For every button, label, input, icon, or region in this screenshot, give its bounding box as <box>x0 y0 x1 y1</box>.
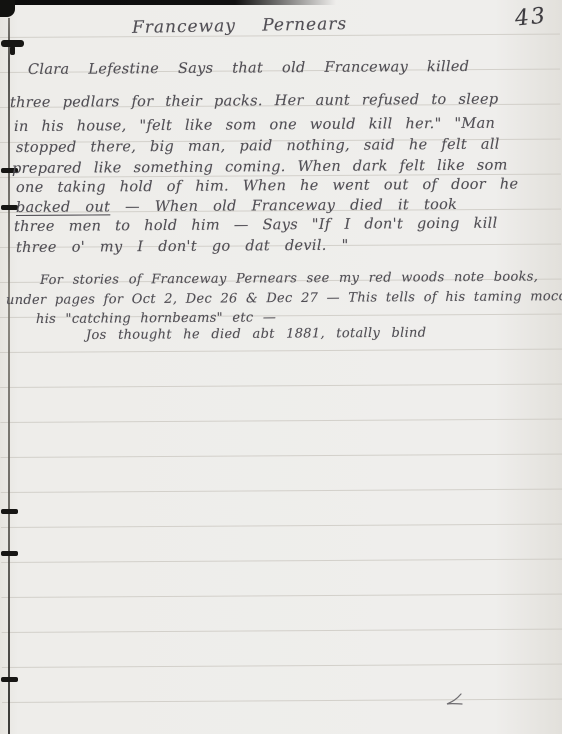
binding-staple-icon <box>1 677 18 682</box>
manuscript-line: three o' my I don't go dat devil. " <box>16 238 349 256</box>
page-number: 43 <box>514 3 548 31</box>
manuscript-line: Clara Lefestine Says that old Franceway … <box>28 59 469 78</box>
underlined-phrase: backed out <box>16 199 110 216</box>
line-text: — When old Franceway died it took <box>110 197 457 215</box>
scan-edge-shadow-top <box>0 0 336 5</box>
binding-gutter-line <box>8 18 10 734</box>
manuscript-line: three pedlars for their packs. Her aunt … <box>10 92 499 111</box>
manuscript-line: in his house, "felt like som one would k… <box>14 116 495 135</box>
binding-staple-icon <box>1 40 24 47</box>
binding-staple-icon <box>1 551 18 556</box>
scan-edge-shadow-corner <box>0 0 15 17</box>
manuscript-line: backed out — When old Franceway died it … <box>16 197 457 216</box>
binding-staple-icon <box>1 509 18 514</box>
pencil-squiggle-icon <box>445 692 465 708</box>
manuscript-line: three men to hold him — Says "If I don't… <box>14 216 498 235</box>
notebook-page: 43 Franceway Pernears Clara Lefestine Sa… <box>0 0 562 734</box>
manuscript-line: stopped there, big man, paid nothing, sa… <box>16 137 500 156</box>
manuscript-note-line: his "catching hornbeams" etc — <box>36 310 276 327</box>
manuscript-note-line: Jos thought he died abt 1881, totally bl… <box>86 326 426 343</box>
page-title: Franceway Pernears <box>132 14 347 38</box>
